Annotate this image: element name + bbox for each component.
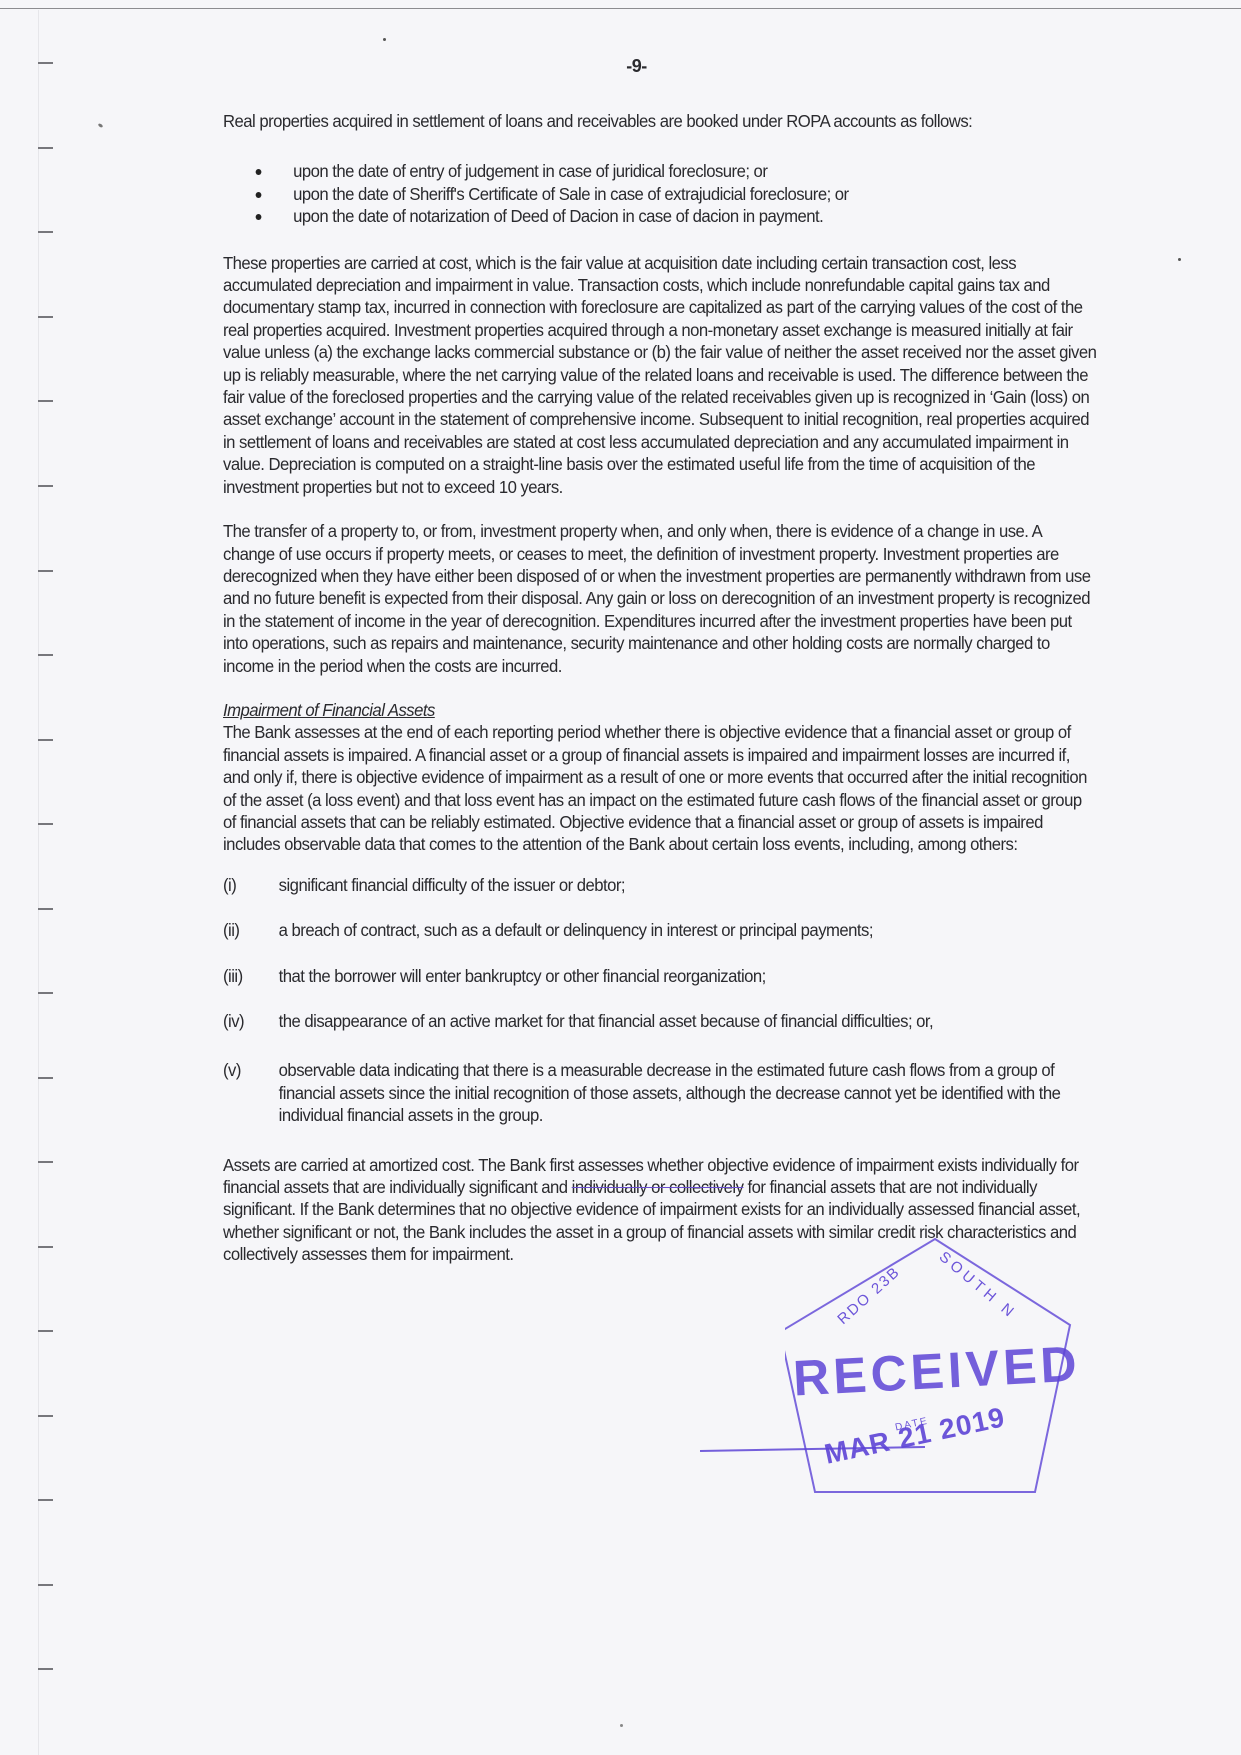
page-number: -9- <box>0 56 1241 77</box>
margin-tick <box>38 316 53 318</box>
list-item-text: the disappearance of an active market fo… <box>279 1010 1097 1032</box>
list-item-text: observable data indicating that there is… <box>279 1059 1097 1126</box>
ropa-booking-list: upon the date of entry of judgement in c… <box>223 160 1097 227</box>
transfer-paragraph: The transfer of a property to, or from, … <box>223 520 1097 677</box>
list-item: upon the date of Sheriff's Certificate o… <box>223 183 1097 205</box>
margin-tick <box>38 400 53 402</box>
stamp-rdo-code: RDO 23B <box>834 1263 903 1328</box>
list-item-number: (i) <box>223 874 279 896</box>
margin-tick <box>38 1161 53 1163</box>
margin-tick <box>38 485 53 487</box>
margin-tick <box>38 1584 53 1586</box>
list-item: (iii) that the borrower will enter bankr… <box>223 965 1097 987</box>
margin-tick <box>38 1330 53 1332</box>
stamp-strike-line <box>700 1446 925 1452</box>
margin-tick <box>38 570 53 572</box>
margin-tick <box>38 908 53 910</box>
document-body: Real properties acquired in settlement o… <box>223 110 1097 1266</box>
section-heading-impairment: Impairment of Financial Assets <box>223 699 1097 721</box>
intro-paragraph: Real properties acquired in settlement o… <box>223 110 1097 132</box>
stamp-pentagon-border <box>785 1237 1085 1497</box>
list-item-text: that the borrower will enter bankruptcy … <box>279 965 1097 987</box>
margin-tick <box>38 1246 53 1248</box>
list-item-number: (iv) <box>223 1010 279 1032</box>
margin-tick <box>38 992 53 994</box>
amortized-cost-paragraph: Assets are carried at amortized cost. Th… <box>223 1154 1097 1266</box>
impairment-intro-paragraph: The Bank assesses at the end of each rep… <box>223 721 1097 855</box>
margin-tick <box>38 231 53 233</box>
struck-through-text: individually or collectively <box>572 1177 744 1197</box>
scan-speck <box>383 38 386 41</box>
stamp-date: MAR 21 2019 <box>822 1401 1008 1471</box>
list-item-text: significant financial difficulty of the … <box>279 874 1097 896</box>
loss-events-list: (i) significant financial difficulty of … <box>223 874 1097 1127</box>
list-item: (ii) a breach of contract, such as a def… <box>223 919 1097 941</box>
scan-left-edge <box>38 10 39 1755</box>
list-item-text: a breach of contract, such as a default … <box>279 919 1097 941</box>
stamp-received-label: RECEIVED <box>792 1335 1082 1408</box>
margin-tick <box>38 654 53 656</box>
margin-tick <box>38 147 53 149</box>
list-item: (v) observable data indicating that ther… <box>223 1059 1097 1126</box>
carried-at-cost-paragraph: These properties are carried at cost, wh… <box>223 252 1097 498</box>
scan-speck <box>1178 258 1181 261</box>
margin-tick <box>38 739 53 741</box>
margin-tick <box>38 1668 53 1670</box>
list-item: (i) significant financial difficulty of … <box>223 874 1097 896</box>
scan-top-edge <box>0 8 1241 9</box>
list-item-number: (iii) <box>223 965 279 987</box>
list-item-number: (v) <box>223 1059 279 1126</box>
list-item-number: (ii) <box>223 919 279 941</box>
list-item: (iv) the disappearance of an active mark… <box>223 1010 1097 1032</box>
margin-tick <box>38 823 53 825</box>
scan-speck <box>620 1724 623 1727</box>
list-item: upon the date of notarization of Deed of… <box>223 205 1097 227</box>
margin-tick <box>38 1415 53 1417</box>
margin-tick <box>38 1077 53 1079</box>
margin-tick <box>38 1499 53 1501</box>
scan-speck <box>98 123 104 128</box>
received-stamp: RDO 23B SOUTH N RECEIVED DATE MAR 21 201… <box>785 1237 1085 1497</box>
stamp-date-label: DATE <box>894 1416 929 1434</box>
list-item: upon the date of entry of judgement in c… <box>223 160 1097 182</box>
